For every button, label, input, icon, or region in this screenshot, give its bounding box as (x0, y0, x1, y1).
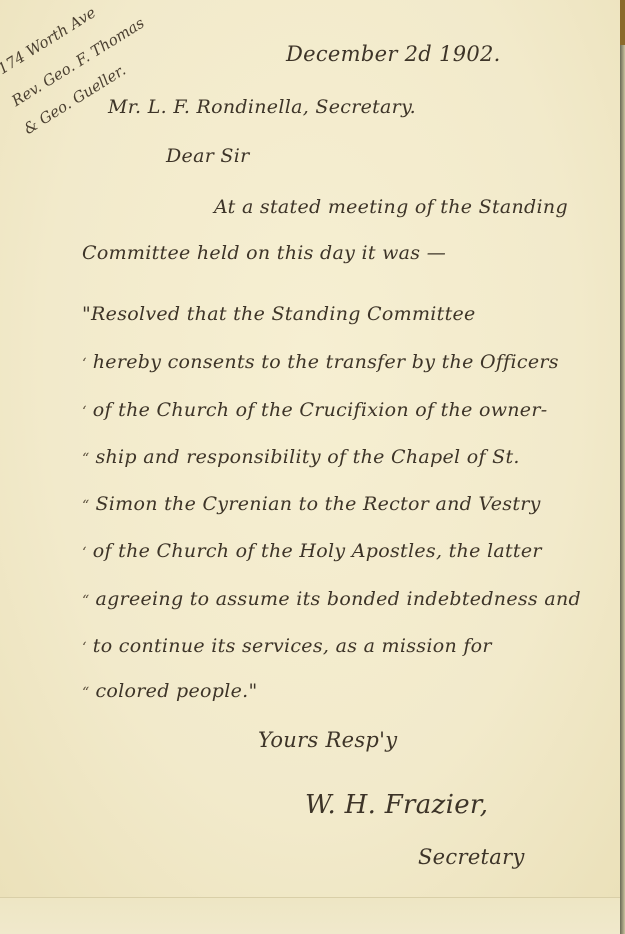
resolution-text: of the Church of the Crucifixion of the … (93, 399, 548, 421)
resolution-line: “colored people." (82, 680, 258, 702)
resolution-text: ship and responsibility of the Chapel of… (95, 446, 519, 468)
resolution-line: "Resolved that the Standing Committee (82, 303, 476, 325)
resolution-text: agreeing to assume its bonded indebtedne… (95, 588, 580, 610)
salutation: Dear Sir (166, 145, 250, 167)
body-line: At a stated meeting of the Standing (214, 196, 568, 218)
resolution-line: “Simon the Cyrenian to the Rector and Ve… (82, 493, 541, 515)
letter-sheet: 174 Worth Ave Rev. Geo. F. Thomas & Geo.… (0, 0, 620, 897)
letter-date: December 2d 1902. (286, 42, 501, 66)
resolution-line: ‘of the Church of the Crucifixion of the… (82, 399, 547, 421)
resolution-line: “agreeing to assume its bonded indebtedn… (82, 588, 581, 610)
resolution-text: to continue its services, as a mission f… (93, 635, 492, 657)
resolution-text: colored people." (95, 680, 257, 702)
closing: Yours Resp'y (258, 728, 397, 752)
addressee: Mr. L. F. Rondinella, Secretary. (108, 96, 416, 118)
resolution-line: ‘to continue its services, as a mission … (82, 635, 492, 657)
resolution-text: of the Church of the Holy Apostles, the … (93, 540, 542, 562)
resolution-line: “ship and responsibility of the Chapel o… (82, 446, 520, 468)
signature: W. H. Frazier, (305, 790, 488, 820)
page-edge-top (620, 0, 625, 45)
signature-title: Secretary (418, 845, 525, 869)
resolution-line: ‘of the Church of the Holy Apostles, the… (82, 540, 542, 562)
resolution-line: ‘hereby consents to the transfer by the … (82, 351, 559, 373)
resolution-text: Simon the Cyrenian to the Rector and Ves… (95, 493, 540, 515)
body-line: Committee held on this day it was — (82, 242, 446, 264)
resolution-text: hereby consents to the transfer by the O… (93, 351, 559, 373)
underlying-page (0, 897, 625, 934)
page-edge (620, 0, 625, 934)
